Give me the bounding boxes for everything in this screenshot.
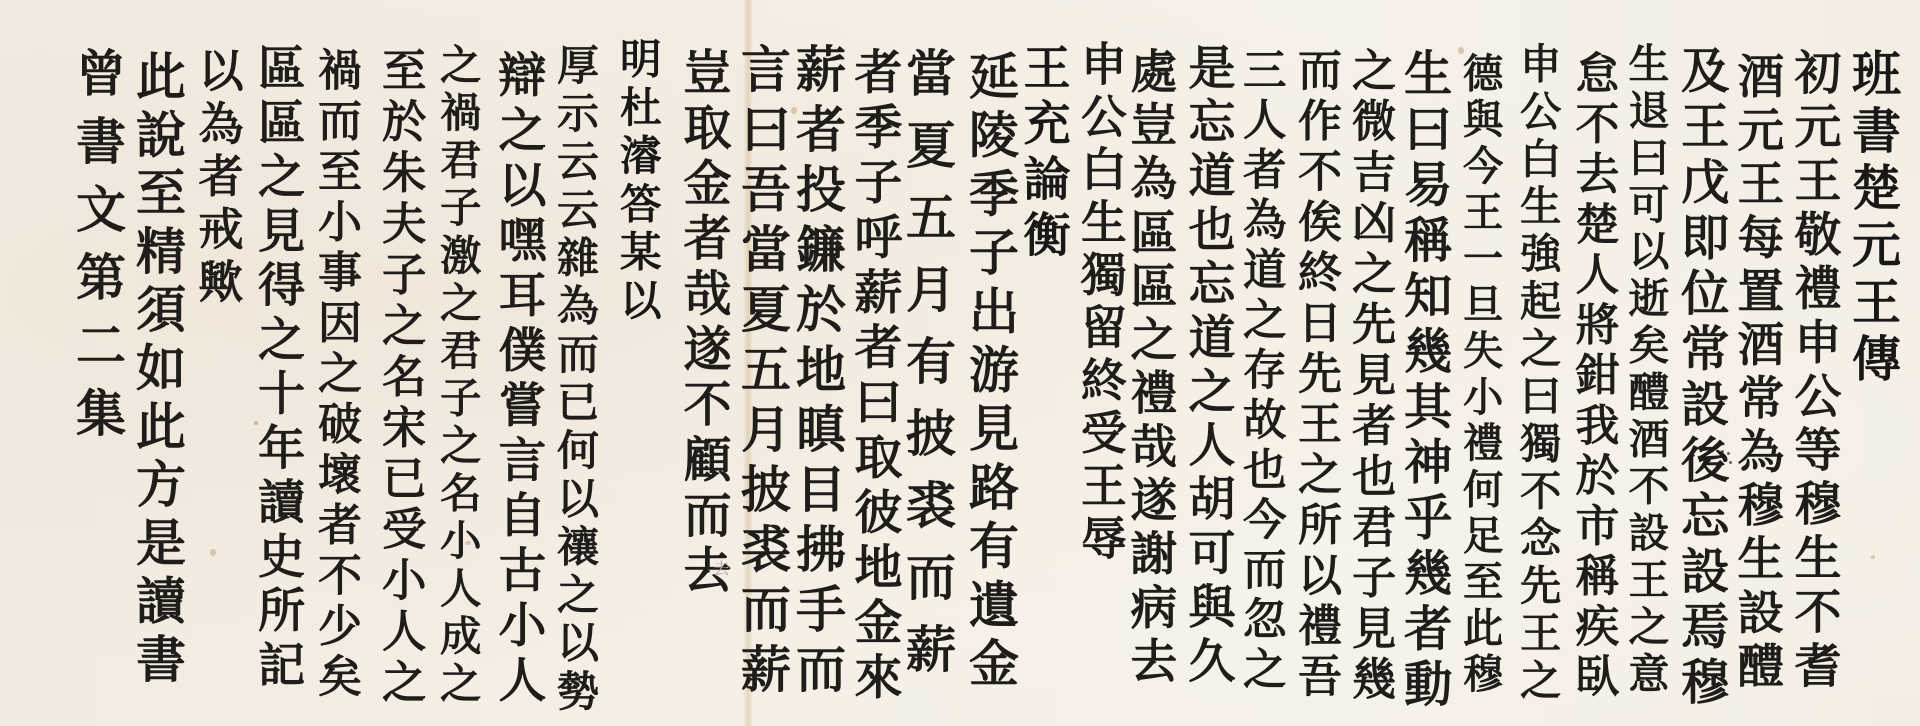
text-column-colophon: 曾書文第二集 [72, 47, 122, 455]
text-column: 及王戊即位常設後忘設焉穆 [1676, 45, 1724, 712]
text-column: 處豈為區區之禮哉遂謝病去 [1127, 47, 1174, 690]
text-column-title: 班書楚元王傳 [1849, 48, 1898, 390]
faint-ink-mark: 去 [709, 560, 732, 576]
text-column: 三人者為道之存故也今而忽之 [1239, 47, 1283, 696]
text-column: 當夏五月有披裘而薪 [902, 47, 952, 695]
calligraphy-scroll: 班書楚元王傳 初元王敬禮申公等穆生不耆 酒元王每置酒常為穆生設醴 及王戊即位常設… [0, 0, 1920, 726]
text-column: 禍而至小事因之破壞者不少矣 [313, 47, 357, 704]
text-column: 之禍君子激之君子之名小人成之 [436, 43, 477, 709]
text-column: 生曰易稱知幾其神乎幾者動 [1399, 48, 1447, 714]
paper-stain [210, 549, 216, 556]
text-column: 者季子呼薪者曰取彼地金來 [849, 47, 897, 707]
paper-stain [1871, 555, 1875, 559]
text-column: 言曰吾當夏五月披裘而薪 [737, 43, 787, 703]
text-column: 豈取金者哉遂不顧而去 [679, 47, 727, 600]
text-column: 初元王敬禮申公等穆生不耆 [1790, 48, 1837, 695]
text-column: 區區之見得之十年讀史所記 [253, 43, 300, 694]
text-column: 申公白生獨留終受王辱 [1077, 40, 1123, 567]
text-column: 之微吉凶之先見者也君子見幾 [1348, 47, 1392, 707]
text-column: 厚示云云雜為而已何以禳之以勢 [554, 43, 596, 717]
text-column: 怠不去楚人將鉗我於市稱疾臥 [1571, 50, 1615, 703]
text-column: 辯之以嘿耳僕嘗言自古小人 [493, 50, 541, 710]
text-column: 酒元王每置酒常為穆生設醴 [1734, 52, 1781, 695]
text-column: 是忘道也忘道之人胡可與久 [1184, 43, 1231, 690]
text-column-title: 明杜濬答某以 [616, 37, 658, 327]
text-column: 而作不俟終日先王之所以禮吾 [1293, 47, 1337, 704]
text-column: 薪者投鐮於地瞋目拂手而 [792, 43, 842, 703]
text-column: 德與今王一旦失小禮何足至此穆 [1460, 52, 1500, 699]
text-column: 至於朱夫子之名宋已受小人之 [378, 47, 422, 709]
text-column: 此說至精須如此方是讀書 [132, 50, 182, 691]
text-column-title: 王充論衡 [1019, 43, 1066, 266]
text-column: 以為者戒歟 [194, 47, 239, 311]
text-column: 生退曰可以逝矣醴酒不設王之意 [1625, 42, 1666, 699]
text-column: 延陵季子出游見路有遺金 [965, 50, 1015, 696]
text-column: 申公白生強起之曰獨不念先王之 [1516, 42, 1557, 706]
